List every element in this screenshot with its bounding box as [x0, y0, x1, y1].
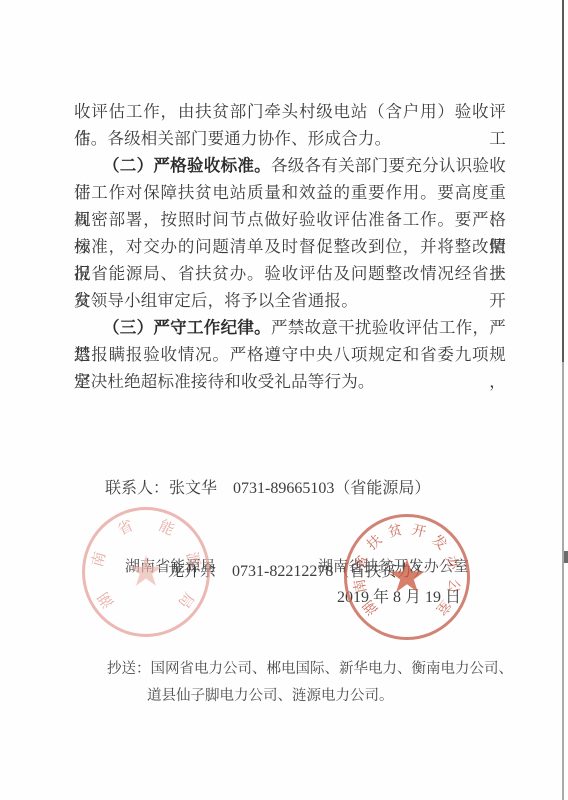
scanned-document-page: 收评估工作，由扶贫部门牵头村级电站（含户用）验收评估工 作。各级相关部门要通力协…: [0, 0, 568, 800]
cc-block: 抄送：国网省电力公司、郴电国际、新华电力、衡南电力公司、 道县仙子脚电力公司、涟…: [107, 656, 513, 710]
document-body: 收评估工作，由扶贫部门牵头村级电站（含户用）验收评估工 作。各级相关部门要通力协…: [74, 98, 506, 395]
seal-arc-character: 南: [352, 576, 371, 595]
official-seal-poverty-office: ★ 湖南省扶贫开发办公室: [344, 514, 470, 640]
official-seal-energy-bureau: ★ 湖南省能源局: [82, 507, 210, 637]
section-2-heading: （二）严格验收标准。: [103, 156, 271, 175]
section-3-heading: （三）严守工作纪律。: [103, 318, 271, 337]
body-line-section-3: （三）严守工作纪律。严禁故意干扰验收评估工作，严禁: [74, 314, 506, 341]
cc-line: 抄送：国网省电力公司、郴电国际、新华电力、衡南电力公司、: [107, 656, 513, 683]
body-line: 迟报瞒报验收情况。严格遵守中央八项规定和省委九项规定，: [74, 341, 506, 368]
body-line: 标准，对交办的问题清单及时督促整改到位，并将整改情况上: [74, 233, 506, 260]
page-edge-line-bottom: [562, 362, 564, 800]
seal-arc-character: 公: [443, 576, 462, 595]
page-edge-line-top: [562, 0, 564, 362]
page-edge-text-fragment: [564, 551, 568, 563]
body-line: 估工作对保障扶贫电站质量和效益的重要作用。要高度重视、: [74, 179, 506, 206]
body-line: 周密部署，按照时间节点做好验收评估准备工作。要严格按照: [74, 206, 506, 233]
body-line: 收评估工作，由扶贫部门牵头村级电站（含户用）验收评估工: [74, 98, 506, 125]
body-line: 报省能源局、省扶贫办。验收评估及问题整改情况经省扶贫开: [74, 260, 506, 287]
body-line-section-2: （二）严格验收标准。各级各有关部门要充分认识验收评: [74, 152, 506, 179]
contact-line-energy-bureau: 联系人：张文华 0731-89665103（省能源局）: [105, 475, 430, 503]
cc-line: 道县仙子脚电力公司、涟源电力公司。: [147, 683, 513, 710]
